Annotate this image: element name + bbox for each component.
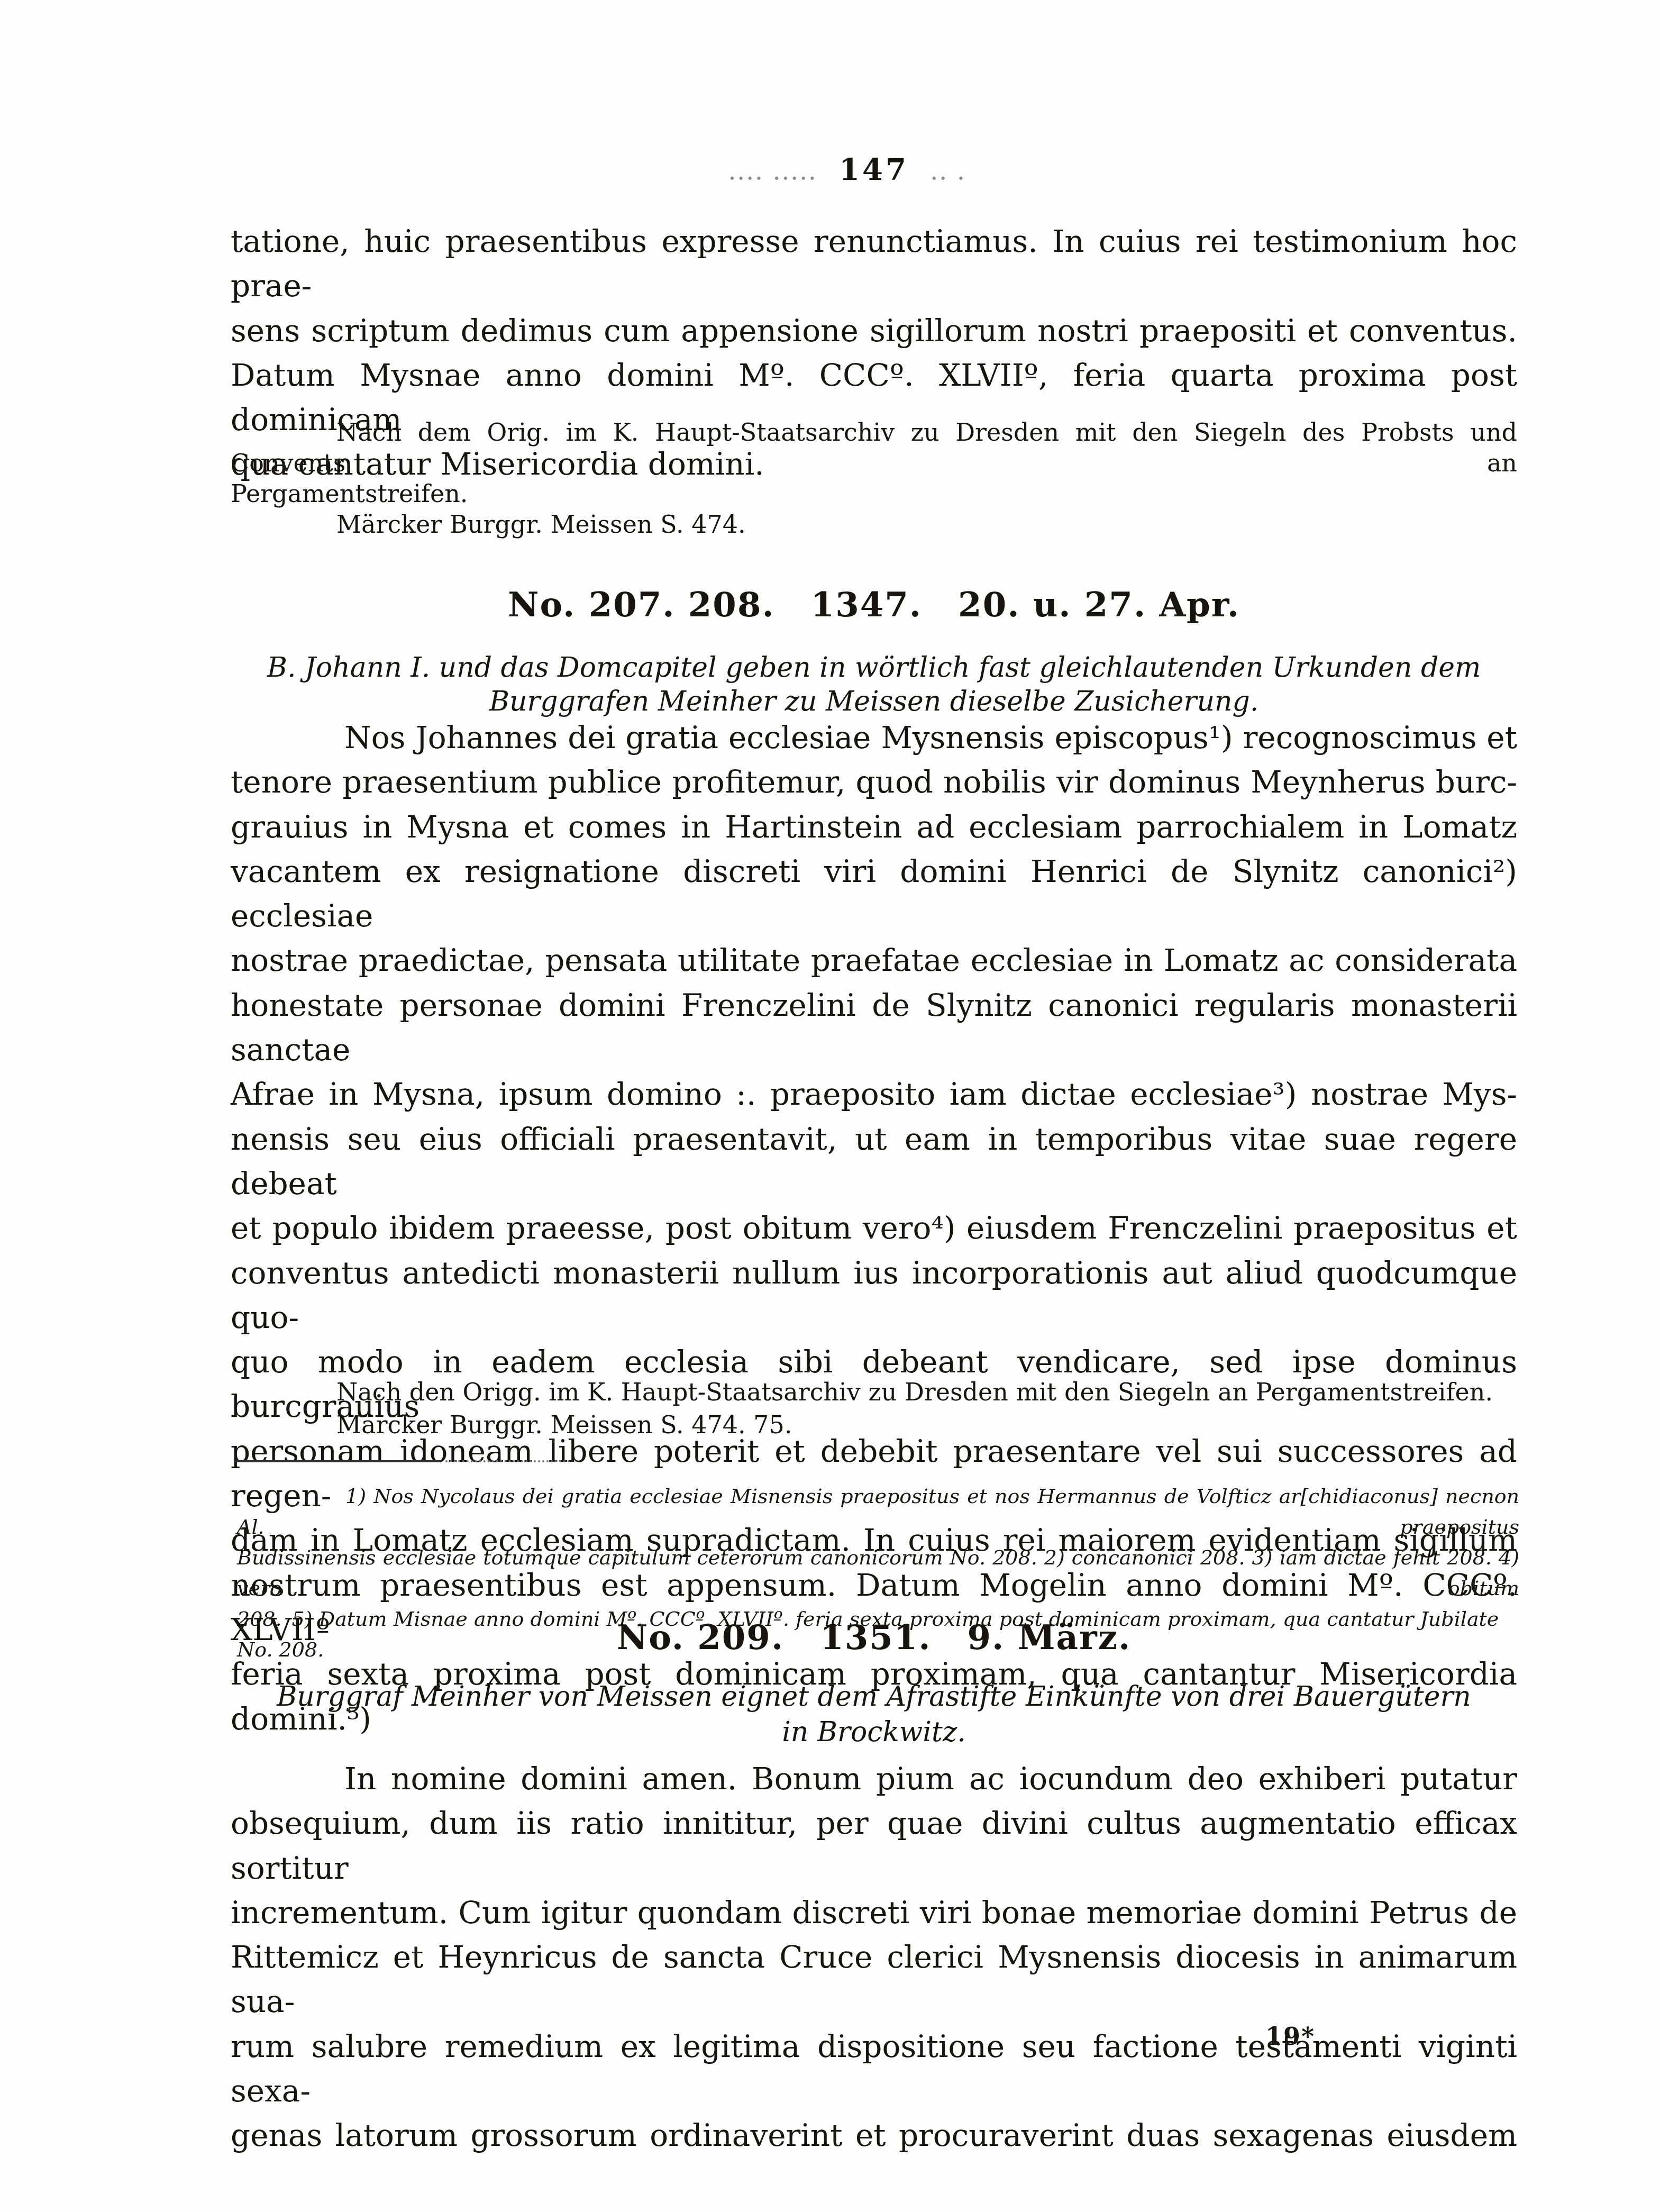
text-line: sens scriptum dedimus cum appensione sig… — [231, 308, 1517, 353]
footnote-separator-rule-dotted-tail — [445, 1460, 570, 1462]
text-line: vacantem ex resignatione discreti viri d… — [231, 849, 1517, 939]
signature-mark: 19* — [1265, 2022, 1315, 2051]
charter-209-text: In nomine domini amen. Bonum pium ac ioc… — [231, 1756, 1517, 2158]
charter-207-208-heading: No. 207. 208. 1347. 20. u. 27. Apr. — [231, 585, 1517, 625]
text-line: conventus antedicti monasterii nullum iu… — [231, 1251, 1517, 1340]
text-line: in Brockwitz. — [231, 1715, 1517, 1750]
text-line: Burggrafen Meinher zu Meissen dieselbe Z… — [231, 685, 1517, 718]
text-line: nensis seu eius officiali praesentavit, … — [231, 1117, 1517, 1206]
scan-artifact-dashes-right: ·· · — [931, 168, 966, 189]
charter-209-heading: No. 209. 1351. 9. März. — [231, 1618, 1517, 1658]
text-line: honestate personae domini Frenczelini de… — [231, 983, 1517, 1072]
text-line: tatione, huic praesentibus expresse renu… — [231, 219, 1517, 308]
text-line: Nach den Origg. im K. Haupt-Staatsarchiv… — [231, 1376, 1517, 1408]
text-line: In nomine domini amen. Bonum pium ac ioc… — [231, 1756, 1517, 1801]
page-header: 147 — [231, 152, 1517, 187]
text-line: B. Johann I. und das Domcapitel geben in… — [231, 651, 1517, 685]
text-line: Märcker Burggr. Meissen S. 474. — [231, 509, 1517, 540]
text-line: 1) Nos Nycolaus dei gratia ecclesiae Mis… — [237, 1481, 1519, 1542]
text-line: genas latorum grossorum ordinaverint et … — [231, 2113, 1517, 2158]
text-line: Burggraf Meinher von Meissen eignet dem … — [231, 1679, 1517, 1715]
text-line: Budissinensis ecclesiae totumque capitul… — [237, 1542, 1519, 1604]
text-line: et populo ibidem praeesse, post obitum v… — [231, 1206, 1517, 1250]
charter-209-summary: Burggraf Meinher von Meissen eignet dem … — [231, 1679, 1517, 1750]
page-number: 147 — [231, 152, 1517, 187]
text-line: grauius in Mysna et comes in Hartinstein… — [231, 805, 1517, 849]
text-line: Pergamentstreifen. — [231, 478, 1517, 509]
text-line: incrementum. Cum igitur quondam discreti… — [231, 1890, 1517, 1935]
text-line: Märcker Burggr. Meissen S. 474. 75. — [231, 1408, 1517, 1441]
text-line: Nach dem Orig. im K. Haupt-Staatsarchiv … — [231, 417, 1517, 478]
text-line: Nos Johannes dei gratia ecclesiae Mysnen… — [231, 715, 1517, 760]
text-line: Rittemicz et Heynricus de sancta Cruce c… — [231, 1935, 1517, 2024]
scanned-book-page: 147 ···· ····· ·· · tatione, huic praese… — [0, 0, 1660, 2212]
text-line: tenore praesentium publice profitemur, q… — [231, 760, 1517, 804]
text-line: rum salubre remedium ex legitima disposi… — [231, 2024, 1517, 2114]
scan-artifact-dashes-left: ···· ····· — [729, 168, 818, 189]
charter-206-source-note: Nach dem Orig. im K. Haupt-Staatsarchiv … — [231, 417, 1517, 540]
text-line: obsequium, dum iis ratio innititur, per … — [231, 1801, 1517, 1890]
charter-207-208-summary: B. Johann I. und das Domcapitel geben in… — [231, 651, 1517, 718]
text-line: Afrae in Mysna, ipsum domino :. praeposi… — [231, 1072, 1517, 1116]
text-line: nostrae praedictae, pensata utilitate pr… — [231, 938, 1517, 982]
footnote-separator-rule — [235, 1460, 441, 1462]
charter-207-208-source-note: Nach den Origg. im K. Haupt-Staatsarchiv… — [231, 1376, 1517, 1441]
